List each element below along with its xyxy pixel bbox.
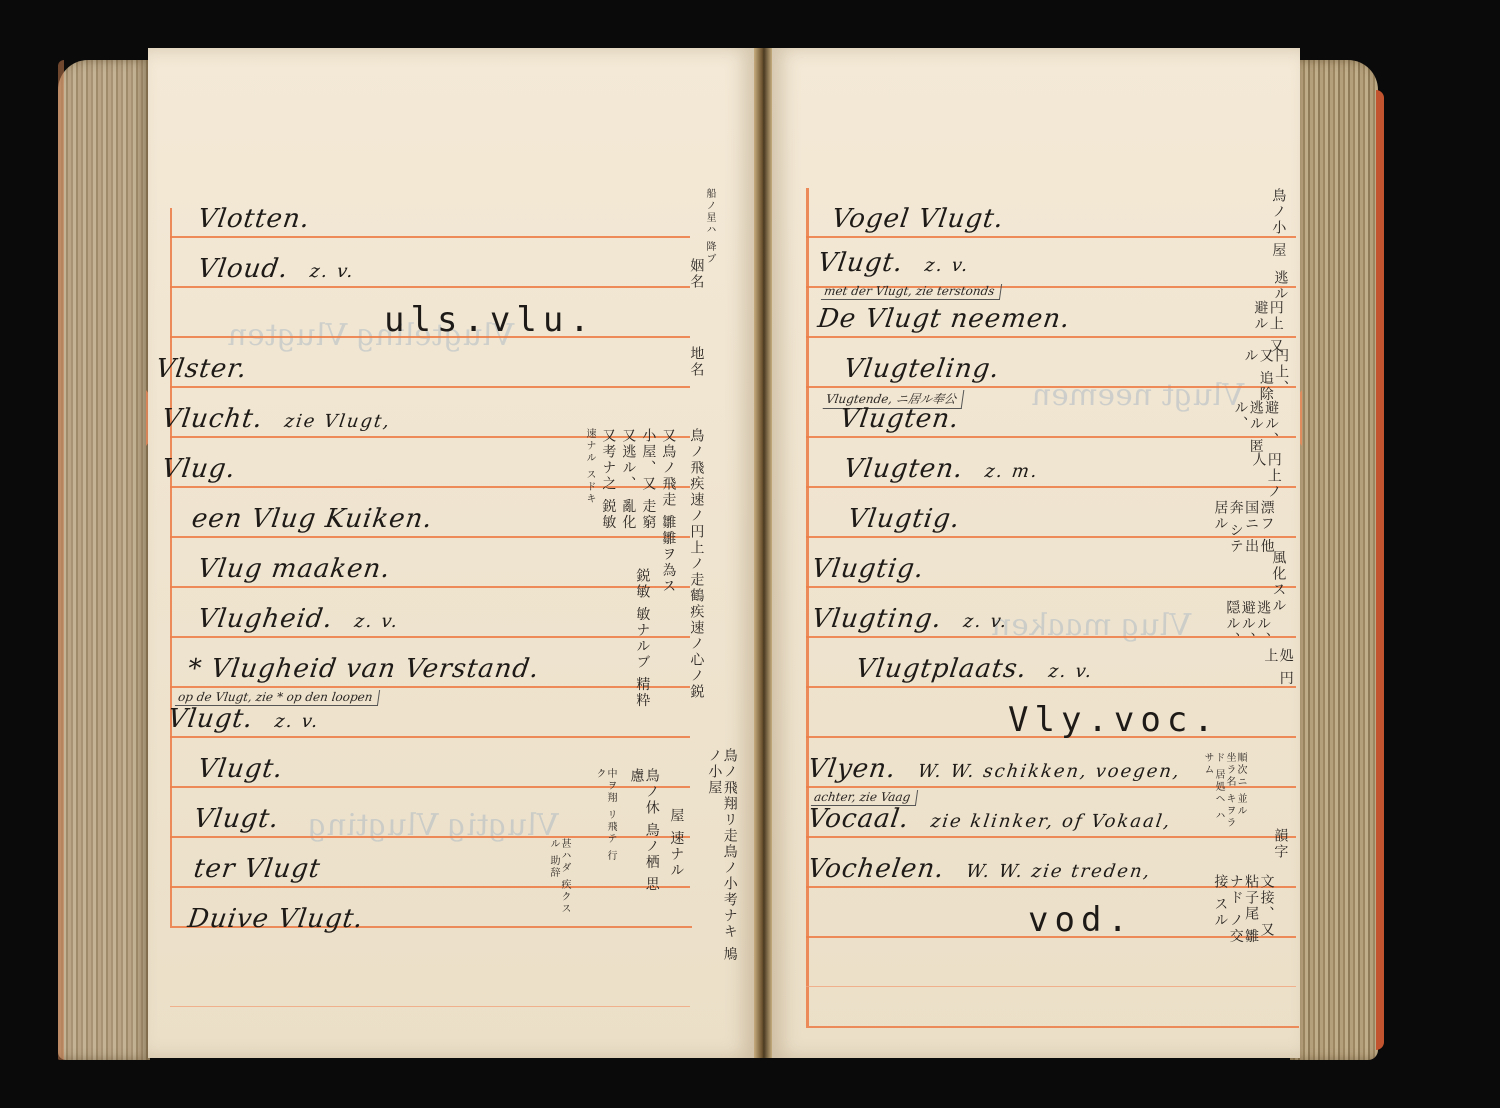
dictionary-entry: Vlucht.zie Vlugt,	[160, 404, 394, 434]
dictionary-entry: Vlugtig.	[846, 504, 962, 534]
dictionary-entry: Vlugt.z. v.	[166, 704, 322, 734]
dictionary-entry: Vlugheid.z. v.	[196, 604, 402, 634]
grammar-label: W. W. schikken, voegen,	[916, 761, 1182, 782]
japanese-gloss: 鳥ノ休 鳥ノ栖 思慮	[628, 768, 659, 898]
right-page-edges	[1290, 60, 1378, 1060]
dictionary-entry: een Vlug Kuiken.	[190, 504, 435, 534]
japanese-gloss: 又鳥ノ飛走 雛雛ヲ為ス	[660, 428, 675, 598]
japanese-gloss: 地名	[688, 346, 703, 378]
dictionary-entry: Vlugt.	[196, 754, 285, 784]
japanese-gloss: 文接、又 粘子尾 雛ナド ノ交接 スル	[1212, 874, 1274, 954]
left-page: Vlugteling Vlugten Vlugtig Vlugting Vlot…	[148, 48, 754, 1058]
japanese-gloss: 鋭敏 敏ナルブ 精粋	[634, 568, 649, 718]
japanese-gloss: 姻名	[688, 258, 703, 290]
dictionary-entry: Vlugten.z. m.	[842, 454, 1041, 484]
japanese-gloss: 船ノ星ハ 降ブ	[704, 188, 715, 278]
grammar-label: z. v.	[1047, 661, 1095, 682]
dictionary-entry: Duive Vlugt.	[186, 904, 366, 934]
dictionary-entry: Vlugtig.	[810, 554, 926, 584]
grammar-label: z. v.	[923, 255, 971, 276]
dictionary-entry: Vlugtplaats.z. v.	[854, 654, 1096, 684]
japanese-gloss: 甚ハダ 疾クスル 助辞	[548, 838, 570, 918]
section-heading: uls.vlu.	[384, 300, 596, 340]
japanese-gloss: 処 円上	[1262, 648, 1293, 688]
japanese-gloss: 鳥ノ飛翔リ走鳥ノ小考ナキ 鳩ノ小屋	[706, 748, 737, 978]
grammar-label: z. v.	[353, 611, 401, 632]
japanese-gloss: 逃ル	[1272, 270, 1287, 302]
japanese-gloss: 又逃ル、 亂化	[620, 428, 635, 548]
dictionary-entry: De Vlugt neemen.	[816, 304, 1072, 334]
japanese-gloss: 順次ニ 並ル 坐ラ名 キヲラド 居処ヘ ハサム	[1202, 752, 1246, 832]
japanese-gloss: 避ル、逃ル 匿ル、	[1232, 400, 1278, 460]
japanese-gloss: 屋 速ナル	[668, 808, 683, 888]
grammar-label: zie klinker, of Vokaal,	[929, 811, 1172, 832]
right-page: Vlugt neemen Vlug maaken Vogel Vlugt. Vl…	[772, 48, 1300, 1058]
dictionary-entry: Vochelen.W. W. zie treden,	[806, 854, 1154, 884]
grammar-label: W. W. zie treden,	[965, 861, 1153, 882]
section-heading: Vly.voc.	[1008, 700, 1220, 740]
japanese-gloss: 円上、又 追除ル	[1242, 348, 1288, 408]
dictionary-entry: Vlugting.z. v.	[810, 604, 1011, 634]
grammar-label: z. v.	[273, 711, 321, 732]
grammar-label: z. m.	[984, 461, 1041, 482]
japanese-gloss: 風化スル	[1270, 550, 1285, 614]
japanese-gloss: 又考ナ之 鋭敏	[600, 428, 615, 558]
grammar-label: zie Vlugt,	[283, 411, 392, 432]
dictionary-entry: Vlug.	[160, 454, 238, 484]
grammar-label: z. v.	[309, 261, 357, 282]
japanese-gloss: 鳥ノ飛疾速ノ円上ノ走鶴疾速ノ心ノ鋭	[688, 428, 703, 768]
japanese-gloss: 小屋、又 走窮	[640, 428, 655, 548]
dictionary-entry: Vogel Vlugt.	[830, 204, 1006, 234]
dictionary-entry: Vlotten.	[196, 204, 312, 234]
dictionary-entry: * Vlugheid van Verstand.	[186, 654, 542, 684]
dictionary-entry: Vocaal.zie klinker, of Vokaal,	[806, 804, 1174, 834]
dictionary-entry: Vlugt.	[192, 804, 281, 834]
dictionary-entry: Vlugten.	[838, 404, 962, 434]
book-gutter	[754, 48, 772, 1058]
open-book: Vlugteling Vlugten Vlugtig Vlugting Vlot…	[58, 42, 1438, 1080]
japanese-gloss: 中ヲ翔 リ飛テ 行ク	[594, 768, 616, 868]
japanese-gloss: 漂フ 他国ニ 出奔 シテ居ル	[1212, 500, 1274, 560]
inline-note: met der Vlugt, zie terstonds	[821, 284, 1003, 300]
dictionary-entry: Vlyen.W. W. schikken, voegen,	[806, 754, 1183, 784]
dictionary-entry: ter Vlugt	[192, 854, 323, 884]
section-heading: vod.	[1028, 900, 1134, 940]
dictionary-entry: Vlug maaken.	[196, 554, 393, 584]
dictionary-entry: Vloud.z. v.	[196, 254, 357, 284]
japanese-gloss: 韻字	[1272, 828, 1287, 860]
dictionary-entry: Vlugteling.	[842, 354, 1002, 384]
japanese-gloss: 鳥ノ小 屋	[1270, 188, 1285, 278]
left-page-edges	[58, 60, 150, 1060]
grammar-label: z. v.	[962, 611, 1010, 632]
dictionary-entry: Vlster.	[154, 354, 249, 384]
japanese-gloss: 速ナル スドキ	[584, 428, 595, 508]
dictionary-entry: Vlugt.z. v.	[816, 248, 972, 278]
